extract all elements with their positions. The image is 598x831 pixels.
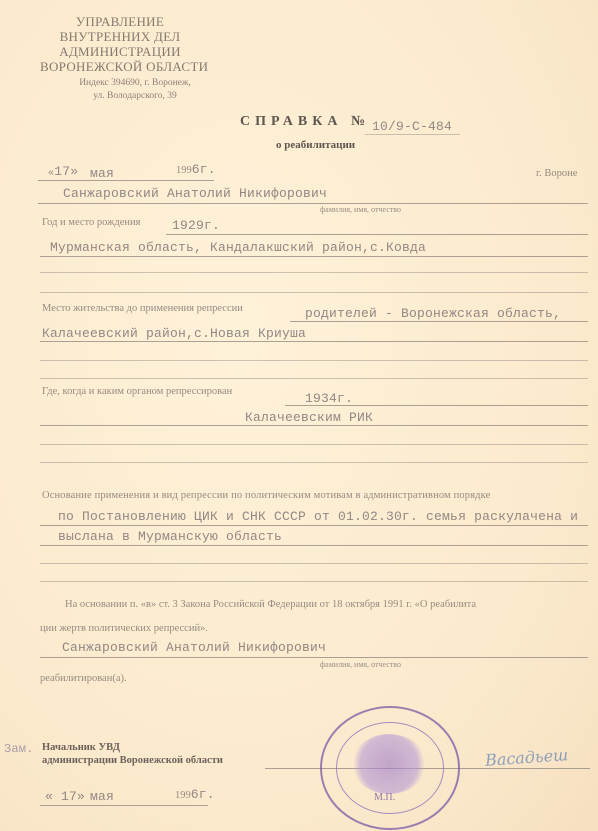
bottom-date-year: 1996г. xyxy=(175,787,215,802)
residence-underline-4 xyxy=(40,378,588,379)
name-caption: фамилия, имя, отчество xyxy=(320,205,401,214)
official-stamp: М.П. xyxy=(320,706,460,830)
residence-label: Место жительства до применения репрессии xyxy=(42,303,243,314)
signatory-title-line-2: администрации Воронежской области xyxy=(42,754,223,767)
birth-underline-3 xyxy=(40,272,588,273)
residence-underline-2 xyxy=(40,341,588,342)
document-subtitle: о реабилитации xyxy=(276,139,355,151)
birth-underline-2 xyxy=(40,256,588,257)
coat-of-arms-icon xyxy=(352,734,426,794)
date-month: мая xyxy=(90,166,114,181)
rehabilitated-status: реабилитирован(а). xyxy=(40,673,127,684)
law-line-1: На основании п. «в» ст. 3 Закона Российс… xyxy=(65,599,476,610)
repressed-organ: Калачеевским РИК xyxy=(245,410,373,425)
basis-underline-3 xyxy=(40,563,588,564)
date-year: 1996г. xyxy=(176,162,216,177)
bottom-date-underline xyxy=(40,805,208,806)
residence-underline-3 xyxy=(40,360,588,361)
org-line-1: УПРАВЛЕНИЕ xyxy=(40,14,200,29)
rehabilitated-caption: фамилия, имя, отчество xyxy=(320,660,401,669)
person-name: Санжаровский Анатолий Никифорович xyxy=(63,186,327,201)
repressed-underline-2 xyxy=(40,425,588,426)
document-number: 10/9-С-484 xyxy=(372,119,452,134)
org-address: Индекс 394690, г. Воронеж, ул. Володарск… xyxy=(55,77,215,103)
date-day-value: 17» xyxy=(54,164,78,179)
name-underline xyxy=(38,203,588,204)
date-year-prefix: 199 xyxy=(176,165,192,176)
basis-underline-1 xyxy=(40,525,588,526)
repressed-underline-3 xyxy=(40,444,588,445)
date-year-suffix: 6г. xyxy=(192,162,216,177)
deputy-prefix: Зам. xyxy=(4,742,34,756)
rehabilitated-name: Санжаровский Анатолий Никифорович xyxy=(62,640,326,655)
basis-underline-4 xyxy=(40,581,588,582)
repressed-underline-4 xyxy=(40,462,588,463)
basis-underline-2 xyxy=(40,545,588,546)
org-line-3: АДМИНИСТРАЦИИ xyxy=(40,44,200,59)
birth-label: Год и место рождения xyxy=(42,217,140,228)
residence-line-1: родителей - Воронежская область, xyxy=(305,306,561,321)
basis-line-1: по Постановлению ЦИК и СНК СССР от 01.02… xyxy=(58,509,578,524)
basis-label: Основание применения и вид репрессии по … xyxy=(42,490,490,501)
birth-place: Мурманская область, Кандалакшский район,… xyxy=(50,240,426,255)
repressed-underline-1 xyxy=(285,405,588,406)
stamp-mp-label: М.П. xyxy=(374,792,395,803)
residence-underline-1 xyxy=(290,321,588,322)
law-line-2: ции жертв политических репрессий». xyxy=(40,623,208,634)
org-line-2: ВНУТРЕННИХ ДЕЛ xyxy=(40,29,200,44)
bottom-date-day: « 17» xyxy=(45,789,85,804)
birth-underline-1 xyxy=(166,234,588,235)
bottom-date-month: мая xyxy=(90,789,114,804)
bottom-date-year-suffix: 6г. xyxy=(191,787,215,802)
repressed-year: 1934г. xyxy=(305,391,353,406)
repressed-label: Где, когда и каким органом репрессирован xyxy=(42,386,232,397)
bottom-date-year-prefix: 199 xyxy=(175,790,191,801)
date-underline xyxy=(38,180,214,181)
date-day: «17» xyxy=(48,164,78,179)
document-title: СПРАВКА № xyxy=(240,114,370,130)
birth-underline-4 xyxy=(40,292,588,293)
city-label: г. Вороне xyxy=(536,168,577,179)
signatory-title: Начальник УВД администрации Воронежской … xyxy=(42,741,223,767)
basis-line-2: выслана в Мурманскую область xyxy=(58,529,282,544)
org-header: УПРАВЛЕНИЕ ВНУТРЕННИХ ДЕЛ АДМИНИСТРАЦИИ … xyxy=(40,14,200,74)
org-line-4: ВОРОНЕЖСКОЙ ОБЛАСТИ xyxy=(40,59,200,74)
address-line-2: ул. Володарского, 39 xyxy=(55,90,215,103)
signatory-title-line-1: Начальник УВД xyxy=(42,741,223,754)
birth-year: 1929г. xyxy=(172,218,220,233)
rehabilitated-underline xyxy=(40,657,588,658)
residence-line-2: Калачеевский район,с.Новая Криуша xyxy=(42,326,306,341)
number-underline xyxy=(365,134,460,135)
address-line-1: Индекс 394690, г. Воронеж, xyxy=(55,77,215,90)
